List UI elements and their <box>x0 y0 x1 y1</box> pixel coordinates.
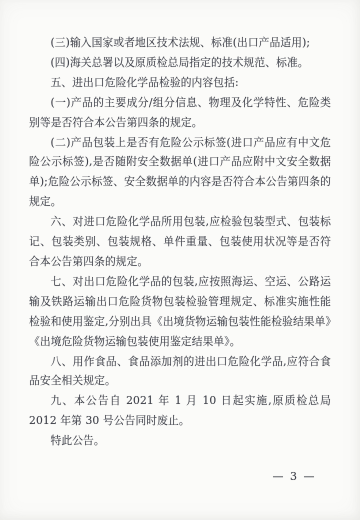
paragraph: (一)产品的主要成分/组分信息、物理及化学特性、危险类别等是否符合本公告第四条的… <box>29 93 331 133</box>
paragraph: (三)输入国家或者地区技术法规、标准(出口产品适用); <box>29 33 331 53</box>
page-number: — 3 — <box>273 470 317 484</box>
announcement-body: (三)输入国家或者地区技术法规、标准(出口产品适用); (四)海关总署以及原质检… <box>29 33 331 451</box>
paragraph: 九、本公告自 2021 年 1 月 10 日起实施,原质检总局 2012 年第 … <box>29 391 331 431</box>
paragraph: (四)海关总署以及原质检总局指定的技术规范、标准。 <box>29 53 331 73</box>
paragraph: (二)产品包装上是否有危险公示标签(进口产品应有中文危险公示标签),是否随附安全… <box>29 133 331 213</box>
paragraph: 八、用作食品、食品添加剂的进出口危险化学品,应符合食品安全相关规定。 <box>29 352 331 392</box>
paragraph: 六、对进口危险化学品所用包装,应检验包装型式、包装标记、包装类别、包装规格、单件… <box>29 212 331 272</box>
paragraph: 特此公告。 <box>29 431 331 451</box>
paragraph: 五、进出口危险化学品检验的内容包括: <box>29 73 331 93</box>
document-page: (三)输入国家或者地区技术法规、标准(出口产品适用); (四)海关总署以及原质检… <box>0 0 360 520</box>
paragraph: 七、对出口危险化学品的包装,应按照海运、空运、公路运输及铁路运输出口危险货物包装… <box>29 272 331 352</box>
